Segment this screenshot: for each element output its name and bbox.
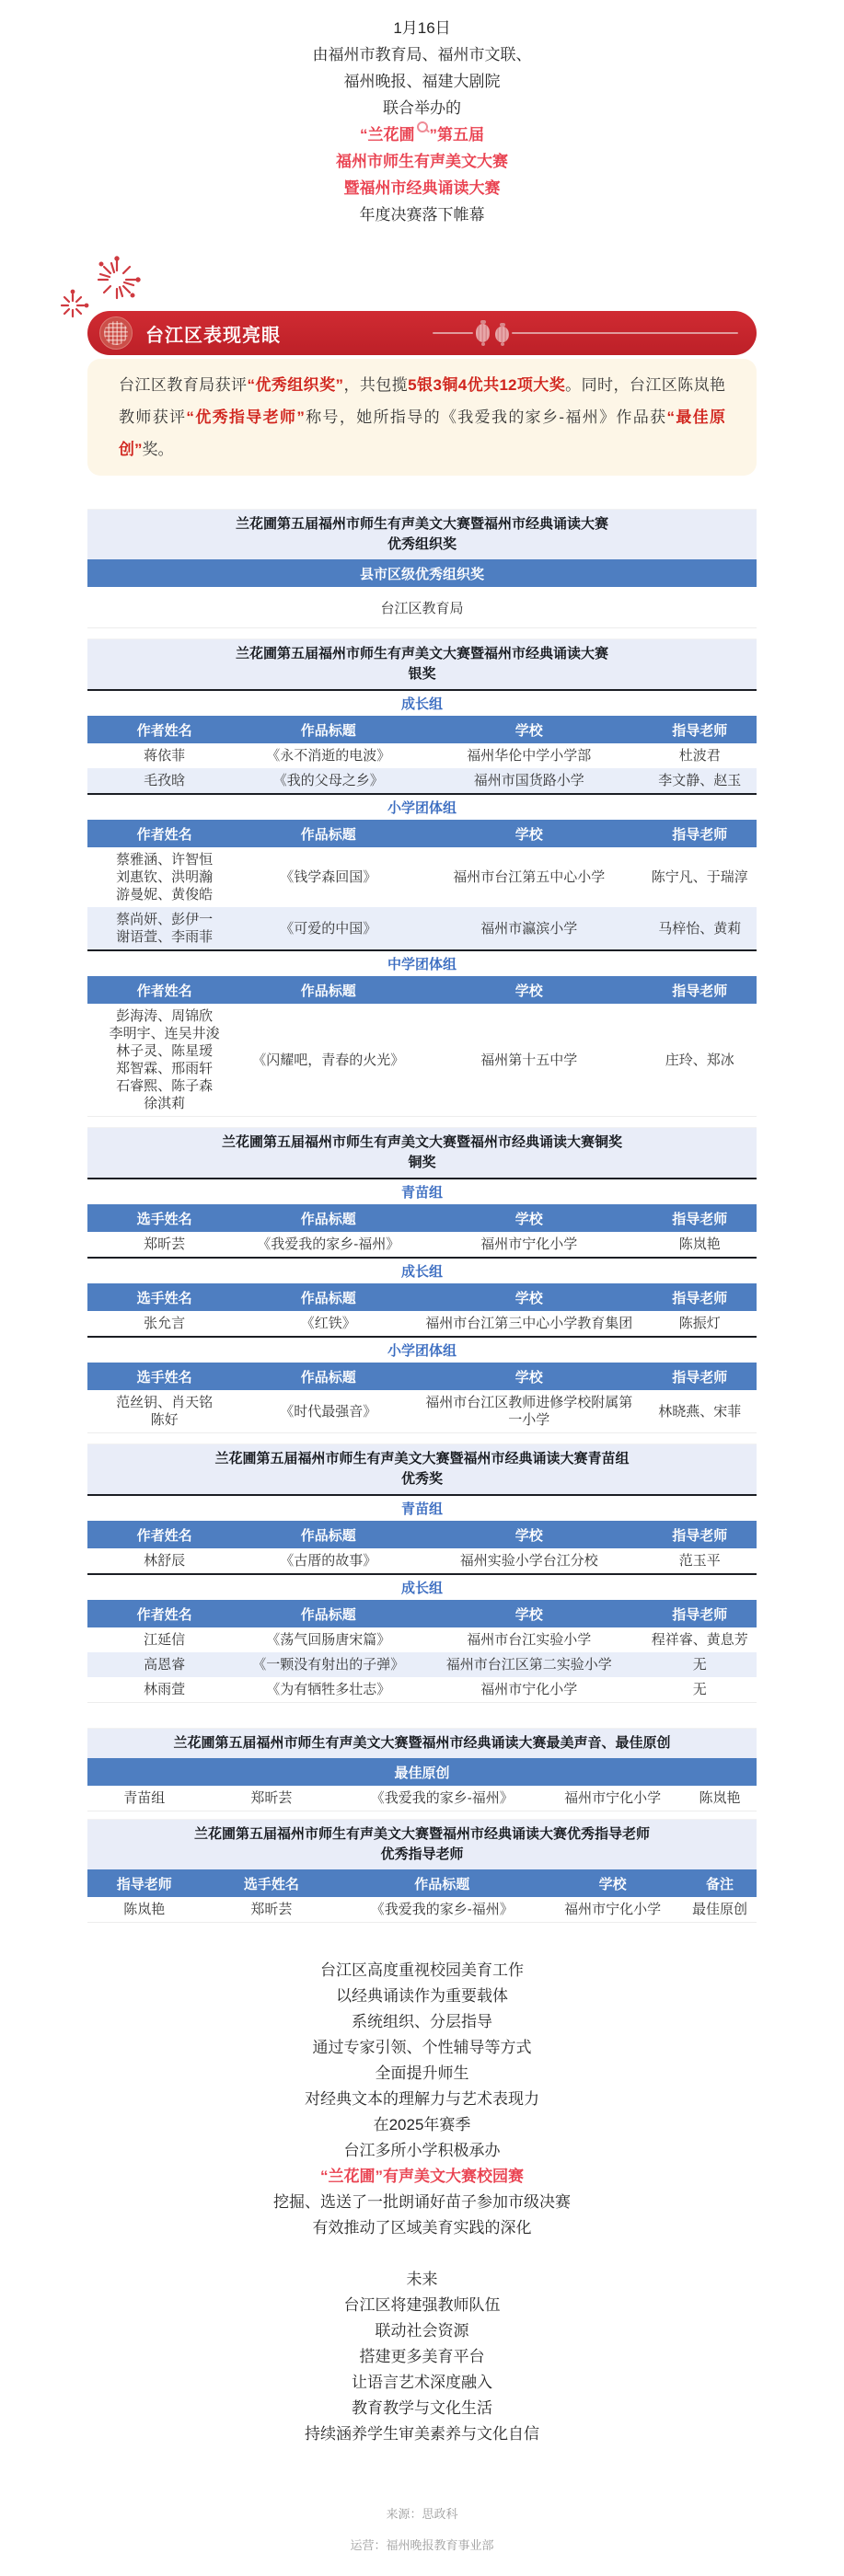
closing-gap [87, 2241, 757, 2267]
table-title: 兰花圃第五届福州市师生有声美文大赛暨福州市经典诵读大赛铜奖铜奖 [87, 1127, 757, 1178]
table-cell: 《我爱我的家乡-福州》 [241, 1232, 415, 1258]
footer-source: 来源：思政科 [87, 2499, 757, 2530]
table-title: 兰花圃第五届福州市师生有声美文大赛暨福州市经典诵读大赛银奖 [87, 638, 757, 689]
table-title-line: 兰花圃第五届福州市师生有声美文大赛暨福州市经典诵读大赛青苗组 [95, 1449, 749, 1469]
table-section-row: 作者姓名作品标题学校指导老师 [87, 1521, 757, 1548]
search-icon[interactable] [417, 121, 428, 132]
table-row: 江延信《荡气回肠唐宋篇》福州市台江实验小学程祥睿、黄息芳 [87, 1627, 757, 1652]
column-header-cell: 学校 [415, 1600, 642, 1627]
column-header-cell: 学校 [415, 1204, 642, 1232]
table-row: 张允言《红铁》福州市台江第三中心小学教育集团陈振灯 [87, 1311, 757, 1337]
summary-text: ，共包揽 [343, 376, 408, 394]
award-table: 兰花圃第五届福州市师生有声美文大赛暨福州市经典诵读大赛优秀组织奖县市区级优秀组织… [87, 509, 757, 628]
table-body: 最佳原创青苗组郑昕芸《我爱我的家乡-福州》福州市宁化小学陈岚艳 [87, 1758, 757, 1811]
table-cell: 蔡雅涵、许智恒 刘惠钦、洪明瀚 游曼妮、黄俊皓 [87, 847, 241, 907]
table-cell: 陈岚艳 [87, 1897, 202, 1922]
table-cell: 福州市台江第五中心小学 [415, 847, 642, 907]
column-header-cell: 学校 [415, 716, 642, 743]
table-section-row: 小学团体组 [87, 794, 757, 820]
table-section-row: 作者姓名作品标题学校指导老师 [87, 820, 757, 847]
banner-section: 台江区表现亮眼 [87, 311, 757, 355]
table-cell: 福州市台江区第二实验小学 [415, 1652, 642, 1677]
table-section-row: 青苗组 [87, 1179, 757, 1204]
column-header-cell: 作品标题 [241, 1283, 415, 1311]
table-cell: 福州市宁化小学 [415, 1232, 642, 1258]
table-cell: 《钱学森回国》 [241, 847, 415, 907]
table-section-row: 青苗组 [87, 1495, 757, 1521]
column-header-cell: 选手姓名 [202, 1869, 342, 1897]
table-cell: 蔡尚妍、彭伊一 谢语萱、李雨菲 [87, 907, 241, 950]
column-header-cell: 作者姓名 [87, 1600, 241, 1627]
footer-operator: 运营：福州晚报教育事业部 [87, 2530, 757, 2561]
award-table: 兰花圃第五届福州市师生有声美文大赛暨福州市经典诵读大赛青苗组优秀奖青苗组作者姓名… [87, 1443, 757, 1703]
table-cell: 《我爱我的家乡-福州》 [341, 1786, 542, 1811]
intro-section: 1月16日由福州市教育局、福州市文联、福州晚报、福建大剧院联合举办的“兰花圃”第… [87, 0, 757, 228]
column-header-cell: 作者姓名 [87, 716, 241, 743]
column-header-cell: 选手姓名 [87, 1283, 241, 1311]
group-label: 青苗组 [87, 1495, 757, 1521]
column-header-cell: 作品标题 [241, 1521, 415, 1548]
closing-line: 让语言艺术深度融入 [87, 2370, 757, 2396]
footer-section: 来源：思政科 运营：福州晚报教育事业部 [87, 2499, 757, 2576]
intro-tail-line: 年度决赛落下帷幕 [87, 201, 757, 228]
table-section-row: 选手姓名作品标题学校指导老师 [87, 1283, 757, 1311]
column-header-cell: 作品标题 [341, 1869, 542, 1897]
table-row: 蔡雅涵、许智恒 刘惠钦、洪明瀚 游曼妮、黄俊皓《钱学森回国》福州市台江第五中心小… [87, 847, 757, 907]
table-row: 郑昕芸《我爱我的家乡-福州》福州市宁化小学陈岚艳 [87, 1232, 757, 1258]
group-label: 成长组 [87, 1574, 757, 1600]
table-cell: 范玉平 [642, 1548, 757, 1574]
column-header-cell: 指导老师 [642, 1283, 757, 1311]
table-cell: 福州实验小学台江分校 [415, 1548, 642, 1574]
lantern-icon [495, 327, 509, 342]
table-cell: 庄玲、郑冰 [642, 1004, 757, 1116]
summary-paragraph: 台江区教育局获评“优秀组织奖”，共包揽5银3铜4优共12项大奖。同时，台江区陈岚… [87, 359, 757, 476]
article-page: 1月16日由福州市教育局、福州市文联、福州晚报、福建大剧院联合举办的“兰花圃”第… [87, 0, 757, 2576]
table-row: 青苗组郑昕芸《我爱我的家乡-福州》福州市宁化小学陈岚艳 [87, 1786, 757, 1811]
closing-line: 联动社会资源 [87, 2318, 757, 2344]
table-section-row: 最佳原创 [87, 1758, 757, 1786]
table-cell: 台江区教育局 [87, 587, 757, 627]
table-cell: 福州华伦中学小学部 [415, 743, 642, 768]
table-cell: 《可爱的中国》 [241, 907, 415, 950]
table-section-row: 中学团体组 [87, 950, 757, 976]
table-cell: 杜波君 [642, 743, 757, 768]
table-cell: 青苗组 [87, 1786, 202, 1811]
table-cell: 郑昕芸 [87, 1232, 241, 1258]
intro-highlight-line: 福州市师生有声美文大赛 [87, 148, 757, 175]
group-label: 小学团体组 [87, 1337, 757, 1363]
table-row: 林舒辰《古厝的故事》福州实验小学台江分校范玉平 [87, 1548, 757, 1574]
table-cell: 陈宁凡、于瑞淳 [642, 847, 757, 907]
table-title-line: 兰花圃第五届福州市师生有声美文大赛暨福州市经典诵读大赛最美声音、最佳原创 [95, 1733, 749, 1754]
column-header-cell: 指导老师 [87, 1869, 202, 1897]
table-cell: 《闪耀吧，青春的火光》 [241, 1004, 415, 1116]
summary-text: 奖。 [143, 441, 174, 458]
column-header-cell: 学校 [415, 1363, 642, 1390]
closing-line: 台江区高度重视校园美育工作 [87, 1958, 757, 1984]
table-row: 陈岚艳郑昕芸《我爱我的家乡-福州》福州市宁化小学最佳原创 [87, 1897, 757, 1922]
group-label: 小学团体组 [87, 794, 757, 820]
table-title-line: 兰花圃第五届福州市师生有声美文大赛暨福州市经典诵读大赛 [95, 514, 749, 535]
summary-text: 台江区教育局获评 [119, 376, 247, 394]
table-title-line: 铜奖 [95, 1153, 749, 1173]
group-label: 青苗组 [87, 1179, 757, 1204]
table-body: 青苗组作者姓名作品标题学校指导老师林舒辰《古厝的故事》福州实验小学台江分校范玉平… [87, 1494, 757, 1702]
table-title-line: 优秀组织奖 [95, 535, 749, 555]
blue-bar-label: 最佳原创 [87, 1758, 757, 1786]
table-cell: 《我的父母之乡》 [241, 768, 415, 794]
table-cell: 李文静、赵玉 [642, 768, 757, 794]
award-table: 兰花圃第五届福州市师生有声美文大赛暨福州市经典诵读大赛铜奖铜奖青苗组选手姓名作品… [87, 1127, 757, 1433]
column-header-cell: 指导老师 [642, 1521, 757, 1548]
column-header-cell: 备注 [683, 1869, 757, 1897]
deco-line [433, 332, 473, 334]
closing-line: 系统组织、分层指导 [87, 2009, 757, 2035]
intro-line: 1月16日 [87, 15, 757, 41]
table-title: 兰花圃第五届福州市师生有声美文大赛暨福州市经典诵读大赛优秀组织奖 [87, 509, 757, 559]
seal-stamp-icon [99, 316, 133, 350]
column-header-cell: 作品标题 [241, 820, 415, 847]
table-cell: 马梓怡、黄莉 [642, 907, 757, 950]
table-section-row: 台江区教育局 [87, 587, 757, 627]
table-cell: 毛孜晗 [87, 768, 241, 794]
column-header-cell: 指导老师 [642, 1204, 757, 1232]
group-label: 中学团体组 [87, 950, 757, 976]
table-body: 成长组作者姓名作品标题学校指导老师蒋依菲《永不消逝的电波》福州华伦中学小学部杜波… [87, 689, 757, 1116]
summary-highlight: “优秀组织奖” [247, 376, 343, 394]
table-cell: 郑昕芸 [202, 1897, 342, 1922]
summary-text: 称号，她所指导的《我爱我的家乡-福州》作品获 [305, 408, 667, 426]
table-cell: 《古厝的故事》 [241, 1548, 415, 1574]
column-header-cell: 作品标题 [241, 716, 415, 743]
intro-highlight-prefix: “兰花圃 [360, 126, 415, 144]
intro-line: 福州晚报、福建大剧院 [87, 68, 757, 95]
table-cell: 福州第十五中学 [415, 1004, 642, 1116]
column-header-cell: 作者姓名 [87, 1521, 241, 1548]
table-row: 蔡尚妍、彭伊一 谢语萱、李雨菲《可爱的中国》福州市瀛滨小学马梓怡、黄莉 [87, 907, 757, 950]
closing-line: 以经典诵读作为重要载体 [87, 1984, 757, 2009]
table-row: 林雨萱《为有牺牲多壮志》福州市宁化小学无 [87, 1677, 757, 1702]
group-label: 成长组 [87, 690, 757, 716]
closing-line: 对经典文本的理解力与艺术表现力 [87, 2087, 757, 2112]
table-title-line: 银奖 [95, 664, 749, 684]
table-section-row: 成长组 [87, 1574, 757, 1600]
table-cell: 《永不消逝的电波》 [241, 743, 415, 768]
table-row: 毛孜晗《我的父母之乡》福州市国货路小学李文静、赵玉 [87, 768, 757, 794]
table-cell: 张允言 [87, 1311, 241, 1337]
table-title-line: 优秀奖 [95, 1469, 749, 1489]
table-section-row: 作者姓名作品标题学校指导老师 [87, 1600, 757, 1627]
award-tables-container: 兰花圃第五届福州市师生有声美文大赛暨福州市经典诵读大赛优秀组织奖县市区级优秀组织… [87, 509, 757, 1923]
closing-section: 台江区高度重视校园美育工作以经典诵读作为重要载体系统组织、分层指导通过专家引领、… [87, 1958, 757, 2447]
table-cell: 蒋依菲 [87, 743, 241, 768]
table-body: 指导老师选手姓名作品标题学校备注陈岚艳郑昕芸《我爱我的家乡-福州》福州市宁化小学… [87, 1869, 757, 1922]
column-header-cell: 作品标题 [241, 1600, 415, 1627]
column-header-cell: 指导老师 [642, 1600, 757, 1627]
table-cell: 最佳原创 [683, 1897, 757, 1922]
table-cell: 《为有牺牲多壮志》 [241, 1677, 415, 1702]
table-cell: 无 [642, 1652, 757, 1677]
summary-highlight: 5银3铜4优共12项大奖 [408, 376, 565, 394]
table-cell: 《荡气回肠唐宋篇》 [241, 1627, 415, 1652]
closing-line: 持续涵养学生审美素养与文化自信 [87, 2421, 757, 2447]
closing-line: 全面提升师生 [87, 2061, 757, 2087]
table-cell: 林雨萱 [87, 1677, 241, 1702]
table-section-row: 作者姓名作品标题学校指导老师 [87, 716, 757, 743]
table-cell: 陈岚艳 [683, 1786, 757, 1811]
deco-line [512, 332, 738, 334]
column-header-cell: 选手姓名 [87, 1363, 241, 1390]
table-body: 青苗组选手姓名作品标题学校指导老师郑昕芸《我爱我的家乡-福州》福州市宁化小学陈岚… [87, 1178, 757, 1432]
table-cell: 福州市台江实验小学 [415, 1627, 642, 1652]
closing-line: 台江多所小学积极承办 [87, 2138, 757, 2164]
table-section-row: 成长组 [87, 1258, 757, 1283]
closing-line: 未来 [87, 2267, 757, 2293]
table-cell: 福州市宁化小学 [415, 1677, 642, 1702]
closing-line: 挖掘、选送了一批朗诵好苗子参加市级决赛 [87, 2190, 757, 2215]
table-cell: 林晓燕、宋菲 [642, 1390, 757, 1432]
closing-line: 通过专家引领、个性辅导等方式 [87, 2035, 757, 2061]
table-section-row: 县市区级优秀组织奖 [87, 559, 757, 587]
award-table: 兰花圃第五届福州市师生有声美文大赛暨福州市经典诵读大赛优秀指导老师优秀指导老师指… [87, 1819, 757, 1923]
banner-title: 台江区表现亮眼 [145, 320, 281, 347]
column-header-cell: 选手姓名 [87, 1204, 241, 1232]
intro-line: 联合举办的 [87, 95, 757, 121]
column-header-cell: 指导老师 [642, 976, 757, 1004]
table-cell: 范丝钥、肖天铭 陈好 [87, 1390, 241, 1432]
table-row: 彭海涛、周锦欣 李明宇、连吴井浚 林子灵、陈星瑷 郑智霖、邢雨轩 石睿熙、陈子森… [87, 1004, 757, 1116]
closing-line: “兰花圃”有声美文大赛校园赛 [87, 2164, 757, 2190]
table-row: 高恩睿《一颗没有射出的子弹》福州市台江区第二实验小学无 [87, 1652, 757, 1677]
column-header-cell: 学校 [542, 1869, 683, 1897]
table-section-row: 选手姓名作品标题学校指导老师 [87, 1204, 757, 1232]
table-cell: 彭海涛、周锦欣 李明宇、连吴井浚 林子灵、陈星瑷 郑智霖、邢雨轩 石睿熙、陈子森… [87, 1004, 241, 1116]
table-cell: 程祥睿、黄息芳 [642, 1627, 757, 1652]
table-title: 兰花圃第五届福州市师生有声美文大赛暨福州市经典诵读大赛最美声音、最佳原创 [87, 1728, 757, 1758]
table-title-line: 兰花圃第五届福州市师生有声美文大赛暨福州市经典诵读大赛 [95, 644, 749, 664]
table-cell: 陈岚艳 [642, 1232, 757, 1258]
table-title-line: 兰花圃第五届福州市师生有声美文大赛暨福州市经典诵读大赛铜奖 [95, 1133, 749, 1153]
table-section-row: 小学团体组 [87, 1337, 757, 1363]
table-cell: 福州市国货路小学 [415, 768, 642, 794]
column-header-cell: 作者姓名 [87, 976, 241, 1004]
table-section-row: 成长组 [87, 690, 757, 716]
column-header-cell: 指导老师 [642, 1363, 757, 1390]
table-title-line: 优秀指导老师 [95, 1845, 749, 1865]
column-header-cell: 作品标题 [241, 976, 415, 1004]
table-title: 兰花圃第五届福州市师生有声美文大赛暨福州市经典诵读大赛优秀指导老师优秀指导老师 [87, 1819, 757, 1869]
column-header-cell: 学校 [415, 1521, 642, 1548]
table-cell: 《一颗没有射出的子弹》 [241, 1652, 415, 1677]
intro-line: 由福州市教育局、福州市文联、 [87, 41, 757, 68]
closing-line: 教育教学与文化生活 [87, 2396, 757, 2421]
intro-highlight-suffix: ”第五届 [430, 126, 485, 144]
column-header-cell: 学校 [415, 1283, 642, 1311]
table-cell: 《红铁》 [241, 1311, 415, 1337]
column-header-cell: 学校 [415, 976, 642, 1004]
table-section-row: 指导老师选手姓名作品标题学校备注 [87, 1869, 757, 1897]
lantern-icon [476, 324, 490, 342]
table-cell: 福州市台江区教师进修学校附属第一小学 [415, 1390, 642, 1432]
section-banner: 台江区表现亮眼 [87, 311, 757, 355]
closing-line: 搭建更多美育平台 [87, 2344, 757, 2370]
group-label: 成长组 [87, 1258, 757, 1283]
table-row: 蒋依菲《永不消逝的电波》福州华伦中学小学部杜波君 [87, 743, 757, 768]
intro-highlight-line: 暨福州市经典诵读大赛 [87, 175, 757, 201]
table-section-row: 选手姓名作品标题学校指导老师 [87, 1363, 757, 1390]
table-cell: 无 [642, 1677, 757, 1702]
column-header-cell: 指导老师 [642, 820, 757, 847]
table-cell: 福州市宁化小学 [542, 1897, 683, 1922]
award-table: 兰花圃第五届福州市师生有声美文大赛暨福州市经典诵读大赛银奖成长组作者姓名作品标题… [87, 638, 757, 1117]
banner-decoration [433, 311, 738, 355]
table-row: 范丝钥、肖天铭 陈好《时代最强音》福州市台江区教师进修学校附属第一小学林晓燕、宋… [87, 1390, 757, 1432]
closing-line: 在2025年赛季 [87, 2112, 757, 2138]
table-cell: 《时代最强音》 [241, 1390, 415, 1432]
table-cell: 《我爱我的家乡-福州》 [341, 1897, 542, 1922]
table-cell: 福州市瀛滨小学 [415, 907, 642, 950]
summary-highlight: “优秀指导老师” [186, 408, 304, 426]
intro-highlight-line: “兰花圃”第五届 [87, 121, 757, 148]
table-cell: 高恩睿 [87, 1652, 241, 1677]
blue-bar-label: 县市区级优秀组织奖 [87, 559, 757, 587]
table-body: 县市区级优秀组织奖台江区教育局 [87, 559, 757, 627]
table-cell: 郑昕芸 [202, 1786, 342, 1811]
closing-line: 台江区将建强教师队伍 [87, 2293, 757, 2318]
column-header-cell: 作品标题 [241, 1204, 415, 1232]
table-section-row: 作者姓名作品标题学校指导老师 [87, 976, 757, 1004]
closing-line: 有效推动了区域美育实践的深化 [87, 2215, 757, 2241]
table-title-line: 兰花圃第五届福州市师生有声美文大赛暨福州市经典诵读大赛优秀指导老师 [95, 1824, 749, 1845]
table-cell: 福州市台江第三中心小学教育集团 [415, 1311, 642, 1337]
table-title: 兰花圃第五届福州市师生有声美文大赛暨福州市经典诵读大赛青苗组优秀奖 [87, 1443, 757, 1494]
table-cell: 江延信 [87, 1627, 241, 1652]
column-header-cell: 作者姓名 [87, 820, 241, 847]
column-header-cell: 指导老师 [642, 716, 757, 743]
table-cell: 陈振灯 [642, 1311, 757, 1337]
table-cell: 福州市宁化小学 [542, 1786, 683, 1811]
column-header-cell: 作品标题 [241, 1363, 415, 1390]
table-cell: 林舒辰 [87, 1548, 241, 1574]
column-header-cell: 学校 [415, 820, 642, 847]
award-table: 兰花圃第五届福州市师生有声美文大赛暨福州市经典诵读大赛最美声音、最佳原创最佳原创… [87, 1728, 757, 1811]
